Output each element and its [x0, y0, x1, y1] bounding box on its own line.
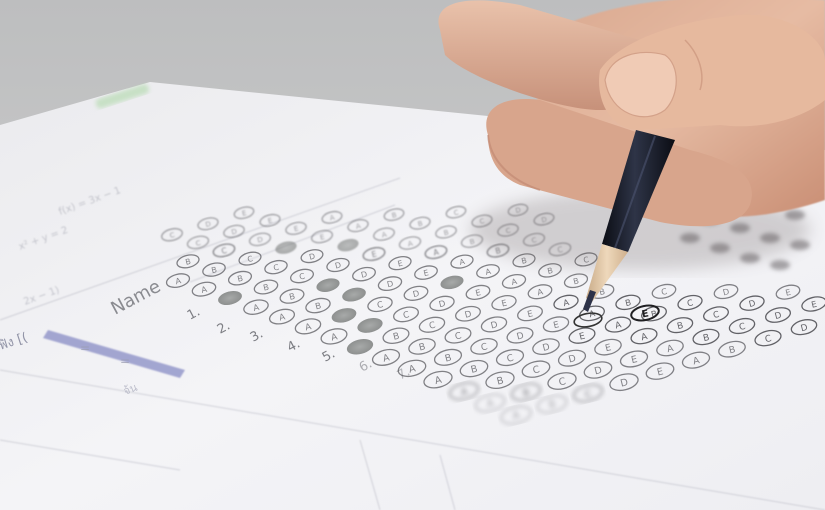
- scene-svg: x² + y = 2 f(x) = 3x − 1 2x − 1) ฟิง [( …: [0, 0, 825, 510]
- svg-text:=: =: [120, 354, 130, 368]
- photo-scene: x² + y = 2 f(x) = 3x − 1 2x − 1) ฟิง [( …: [0, 0, 825, 510]
- svg-text:=: =: [80, 341, 90, 355]
